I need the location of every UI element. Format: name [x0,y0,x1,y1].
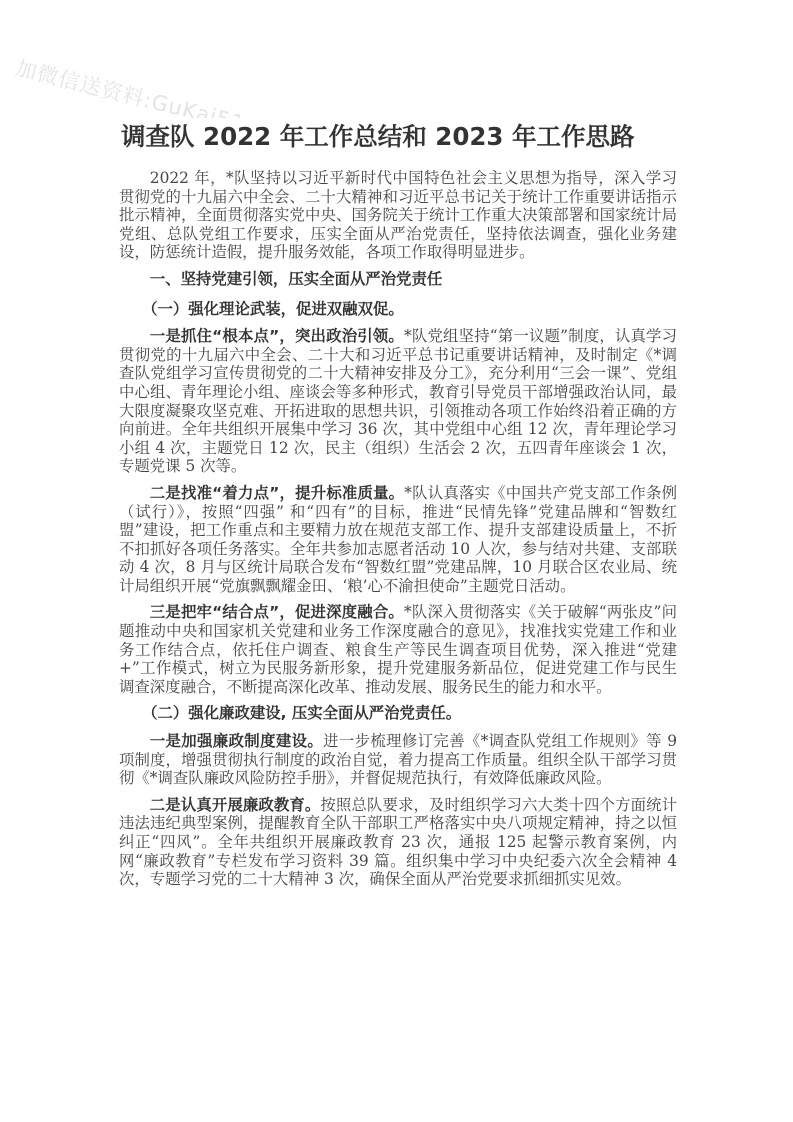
paragraph-lead: 二是找准“着力点”，提升标准质量。 [150,484,404,502]
document-title: 调查队 2022 年工作总结和 2023 年工作思路 [121,120,677,154]
paragraph-body: *队党组坚持“第一议题”制度，认真学习贯彻党的十九届六中全会、二十大和习近平总书… [119,327,677,475]
intro-paragraph: 2022 年，*队坚持以习近平新时代中国特色社会主义思想为指导，深入学习贯彻党的… [119,169,677,262]
paragraph-lead: 一是抓住“根本点”，突出政治引领。 [150,327,404,345]
subsection-2-heading: （二）强化廉政建设, 压实全面从严治党责任。 [119,704,677,723]
paragraph-1-1-1: 一是抓住“根本点”，突出政治引领。*队党组坚持“第一议题”制度，认真学习贯彻党的… [119,327,677,476]
paragraph-lead: 三是把牢“结合点”，促进深度融合。 [150,603,404,621]
paragraph-lead: 二是认真开展廉政教育。 [150,796,321,814]
paragraph-1-1-2: 二是找准“着力点”，提升标准质量。*队认真落实《中国共产党支部工作条例（试行）》… [119,484,677,596]
paragraph-1-1-3: 三是把牢“结合点”，促进深度融合。*队深入贯彻落实《关于破解“两张皮”问题推动中… [119,603,677,696]
subsection-1-heading: （一）强化理论武装，促进双融双促。 [119,300,677,319]
paragraph-1-2-2: 二是认真开展廉政教育。按照总队要求，及时组织学习六大类十四个方面统计违法违纪典型… [119,796,677,889]
section-1-heading: 一、坚持党建引领，压实全面从严治党责任 [119,270,677,289]
document-page: 调查队 2022 年工作总结和 2023 年工作思路 2022 年，*队坚持以习… [119,120,677,897]
paragraph-1-2-1: 一是加强廉政制度建设。进一步梳理修订完善《*调查队党组工作规则》等 9 项制度，… [119,732,677,788]
paragraph-lead: 一是加强廉政制度建设。 [150,732,323,750]
